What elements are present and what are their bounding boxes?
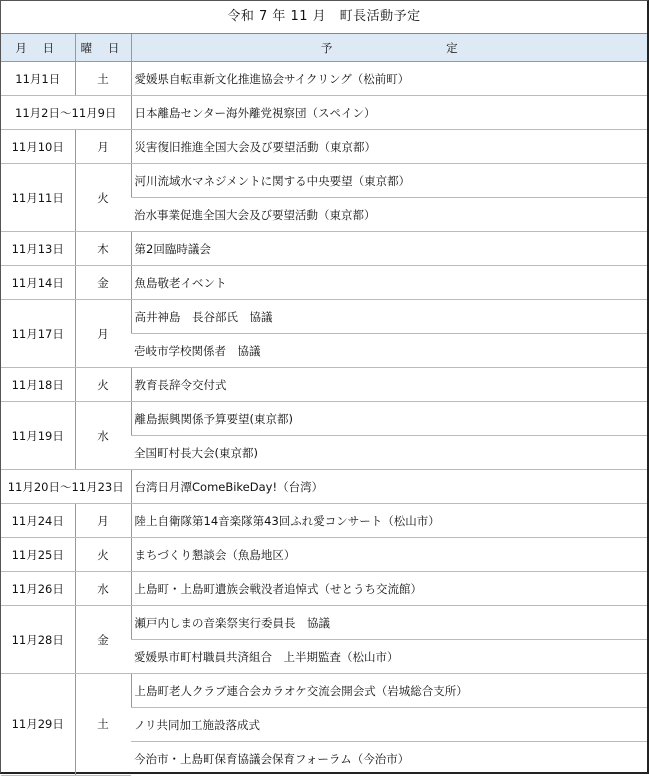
weekday-cell: 土 xyxy=(75,62,131,96)
plan-cell: 河川流域水マネジメントに関する中央要望（東京都） xyxy=(131,164,647,198)
date-cell: 11月17日 xyxy=(1,300,75,368)
table-row: 11月17日月高井神島 長谷部氏 協議 xyxy=(1,300,647,334)
weekday-cell: 火 xyxy=(75,538,131,572)
plan-cell: 離島振興関係予算要望(東京都) xyxy=(131,402,647,436)
weekday-cell: 金 xyxy=(75,266,131,300)
date-cell: 11月10日 xyxy=(1,130,75,164)
plan-cell: 愛媛県自転車新文化推進協会サイクリング（松前町） xyxy=(131,62,647,96)
plan-cell: 今治市・上島町保育協議会保育フォーラム（今治市） xyxy=(131,742,647,775)
table-row: 11月24日月陸上自衛隊第14音楽隊第43回ふれ愛コンサート（松山市） xyxy=(1,504,647,538)
weekday-cell: 金 xyxy=(75,606,131,674)
plan-cell: 治水事業促進全国大会及び要望活動（東京都） xyxy=(131,198,647,232)
plan-cell: 魚島敬老イベント xyxy=(131,266,647,300)
weekday-cell: 水 xyxy=(75,402,131,470)
weekday-cell: 月 xyxy=(75,130,131,164)
weekday-cell: 土 xyxy=(75,674,131,775)
date-cell: 11月24日 xyxy=(1,504,75,538)
schedule-body: 11月1日土愛媛県自転車新文化推進協会サイクリング（松前町）11月2日～11月9… xyxy=(1,62,647,775)
date-range-cell: 11月20日～11月23日 xyxy=(1,470,131,504)
table-row: 11月28日金瀬戸内しまの音楽祭実行委員長 協議 xyxy=(1,606,647,640)
weekday-cell: 月 xyxy=(75,504,131,538)
weekday-cell: 月 xyxy=(75,300,131,368)
schedule-table: 月 日 曜 日 予 定 11月1日土愛媛県自転車新文化推進協会サイクリング（松前… xyxy=(1,34,647,774)
plan-cell: 台湾日月潭ComeBikeDay!（台湾） xyxy=(131,470,647,504)
plan-cell: まちづくり懇談会（魚島地区） xyxy=(131,538,647,572)
plan-cell: 陸上自衛隊第14音楽隊第43回ふれ愛コンサート（松山市） xyxy=(131,504,647,538)
table-row: 11月20日～11月23日台湾日月潭ComeBikeDay!（台湾） xyxy=(1,470,647,504)
plan-cell: ノリ共同加工施設落成式 xyxy=(131,708,647,742)
table-row: 11月29日土上島町老人クラブ連合会カラオケ交流会開会式（岩城総合支所） xyxy=(1,674,647,708)
table-header-row: 月 日 曜 日 予 定 xyxy=(1,34,647,62)
plan-cell: 愛媛県市町村職員共済組合 上半期監査（松山市） xyxy=(131,640,647,674)
table-row: 11月10日月災害復旧推進全国大会及び要望活動（東京都） xyxy=(1,130,647,164)
plan-cell: 上島町・上島町遺族会戦没者追悼式（せとうち交流館） xyxy=(131,572,647,606)
plan-cell: 全国町村長大会(東京都) xyxy=(131,436,647,470)
table-row: 11月11日火河川流域水マネジメントに関する中央要望（東京都） xyxy=(1,164,647,198)
plan-cell: 瀬戸内しまの音楽祭実行委員長 協議 xyxy=(131,606,647,640)
plan-cell: 第2回臨時議会 xyxy=(131,232,647,266)
weekday-cell: 水 xyxy=(75,572,131,606)
plan-cell: 壱岐市学校関係者 協議 xyxy=(131,334,647,368)
weekday-cell: 火 xyxy=(75,368,131,402)
weekday-cell: 木 xyxy=(75,232,131,266)
table-row: 11月13日木第2回臨時議会 xyxy=(1,232,647,266)
schedule-sheet: 令和 7 年 11 月 町長活動予定 月 日 曜 日 予 定 11月1日土愛媛県… xyxy=(0,0,649,774)
table-row: 11月25日火まちづくり懇談会（魚島地区） xyxy=(1,538,647,572)
date-cell: 11月29日 xyxy=(1,674,75,775)
date-cell: 11月26日 xyxy=(1,572,75,606)
table-row: 11月14日金魚島敬老イベント xyxy=(1,266,647,300)
date-cell: 11月1日 xyxy=(1,62,75,96)
table-row: 11月1日土愛媛県自転車新文化推進協会サイクリング（松前町） xyxy=(1,62,647,96)
header-plan: 予 定 xyxy=(131,34,647,62)
weekday-cell: 火 xyxy=(75,164,131,232)
date-cell: 11月18日 xyxy=(1,368,75,402)
header-date: 月 日 xyxy=(1,34,75,62)
date-cell: 11月19日 xyxy=(1,402,75,470)
table-row: 11月19日水離島振興関係予算要望(東京都) xyxy=(1,402,647,436)
table-row: 11月2日～11月9日日本離島センター海外離党視察団（スペイン） xyxy=(1,96,647,130)
page-title: 令和 7 年 11 月 町長活動予定 xyxy=(1,1,647,34)
date-cell: 11月14日 xyxy=(1,266,75,300)
plan-cell: 災害復旧推進全国大会及び要望活動（東京都） xyxy=(131,130,647,164)
date-range-cell: 11月2日～11月9日 xyxy=(1,96,131,130)
header-day: 曜 日 xyxy=(75,34,131,62)
plan-cell: 上島町老人クラブ連合会カラオケ交流会開会式（岩城総合支所） xyxy=(131,674,647,708)
plan-cell: 高井神島 長谷部氏 協議 xyxy=(131,300,647,334)
table-row: 11月18日火教育長辞令交付式 xyxy=(1,368,647,402)
date-cell: 11月11日 xyxy=(1,164,75,232)
plan-cell: 日本離島センター海外離党視察団（スペイン） xyxy=(131,96,647,130)
date-cell: 11月25日 xyxy=(1,538,75,572)
date-cell: 11月28日 xyxy=(1,606,75,674)
table-row: 11月26日水上島町・上島町遺族会戦没者追悼式（せとうち交流館） xyxy=(1,572,647,606)
date-cell: 11月13日 xyxy=(1,232,75,266)
plan-cell: 教育長辞令交付式 xyxy=(131,368,647,402)
